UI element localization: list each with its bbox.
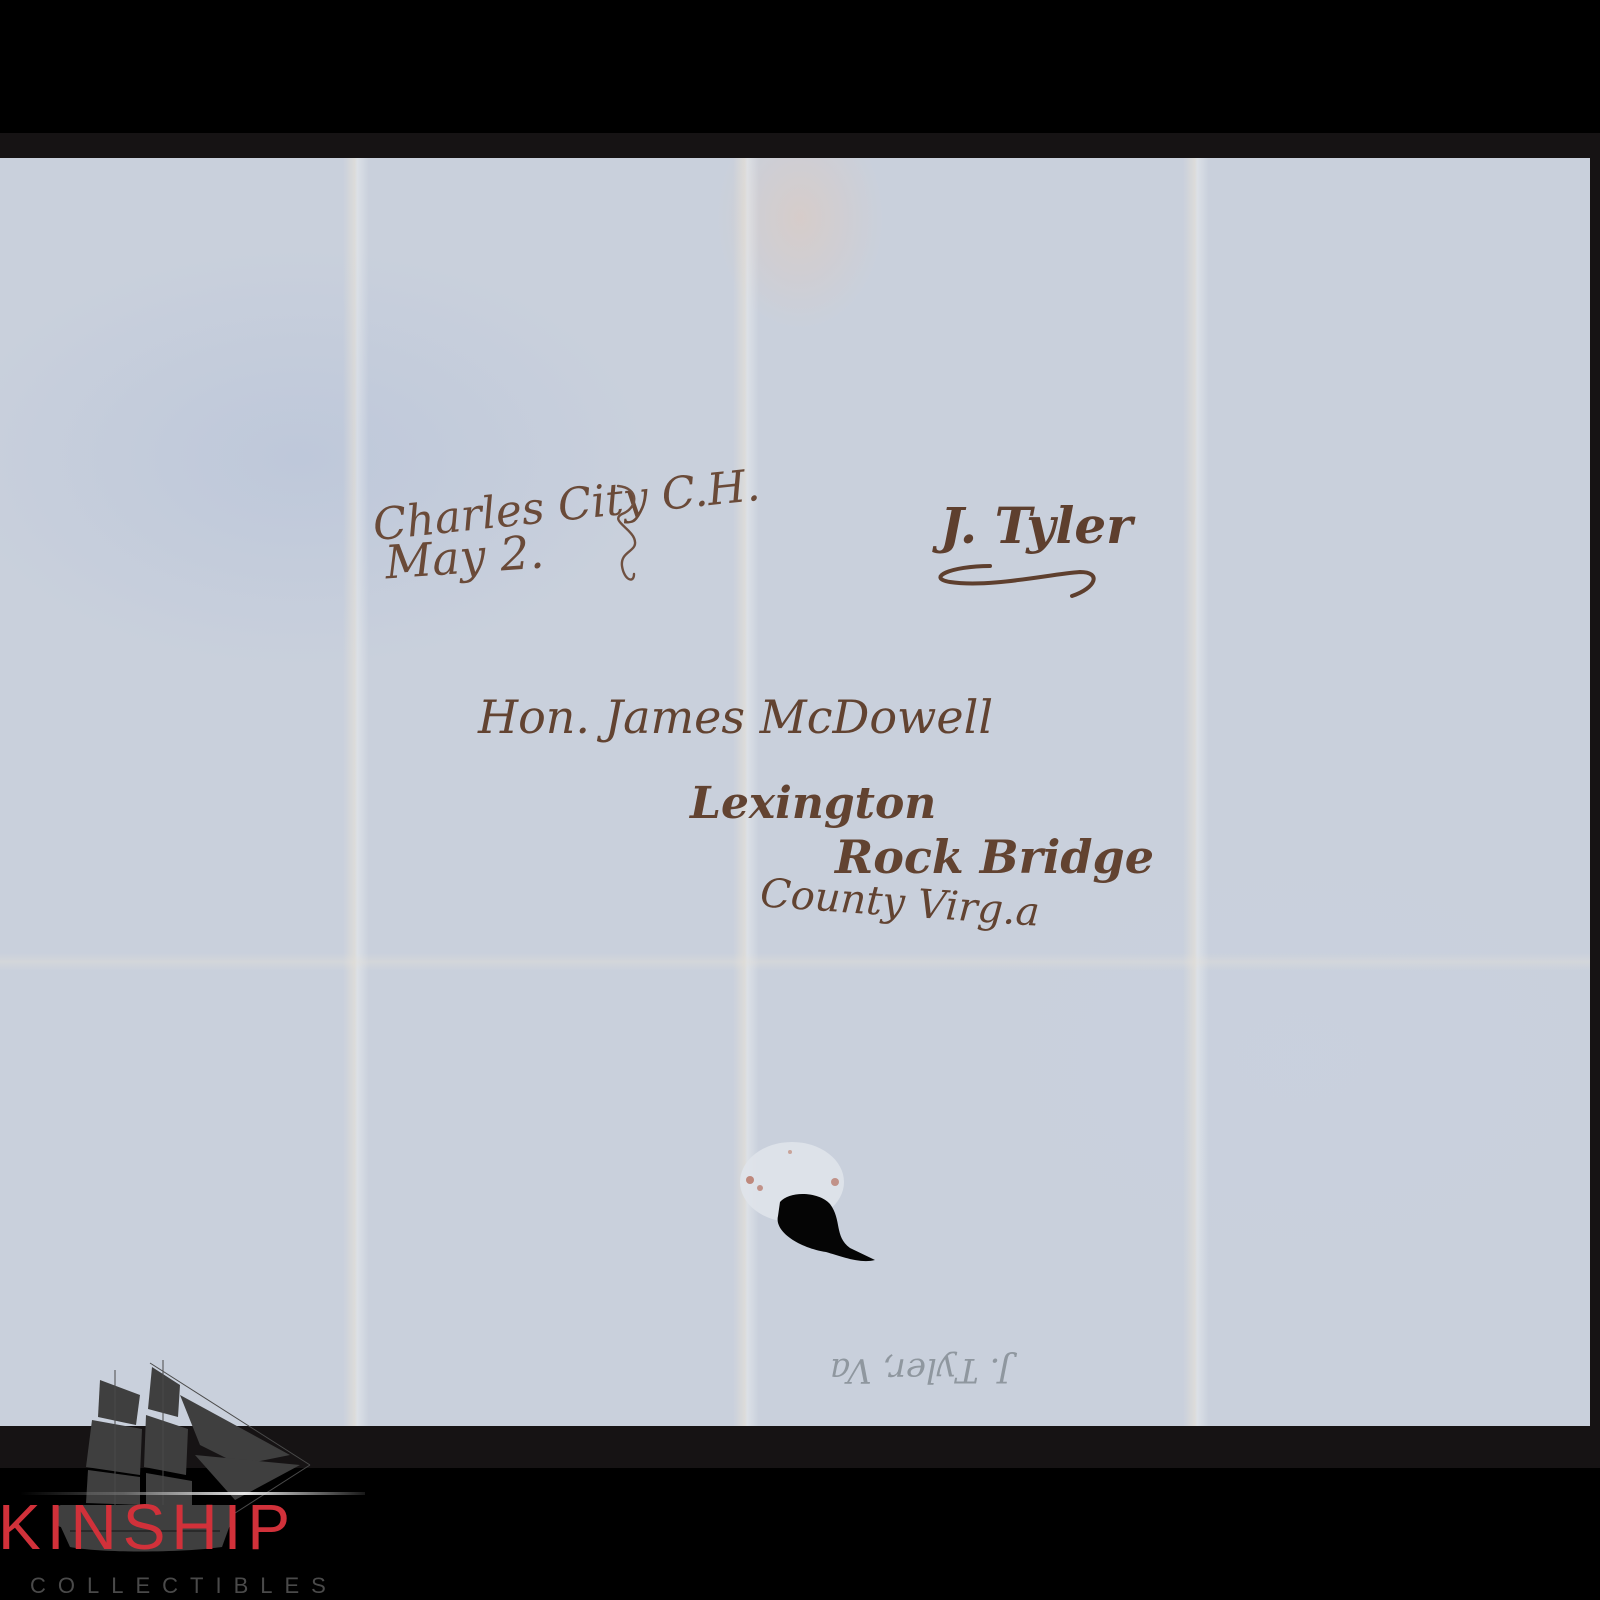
docket-brace-icon <box>600 480 650 590</box>
brand-name: KINSHIP <box>0 1495 296 1559</box>
vertical-fold-left <box>343 158 369 1426</box>
wax-seal-tear-icon <box>730 1140 900 1290</box>
address-town: Lexington <box>690 778 936 829</box>
vertical-fold-right <box>1183 158 1209 1426</box>
docket-date: May 2. <box>383 525 545 590</box>
pencil-notation: J. Tyler, Va <box>830 1350 1011 1390</box>
address-county-name: Rock Bridge <box>835 830 1154 884</box>
horizontal-fold <box>0 953 1590 971</box>
address-recipient: Hon. James McDowell <box>478 690 993 744</box>
signature-flourish-icon <box>930 560 1110 610</box>
frank-signature: J. Tyler <box>940 496 1133 555</box>
brand-tagline: COLLECTIBLES <box>30 1575 338 1597</box>
